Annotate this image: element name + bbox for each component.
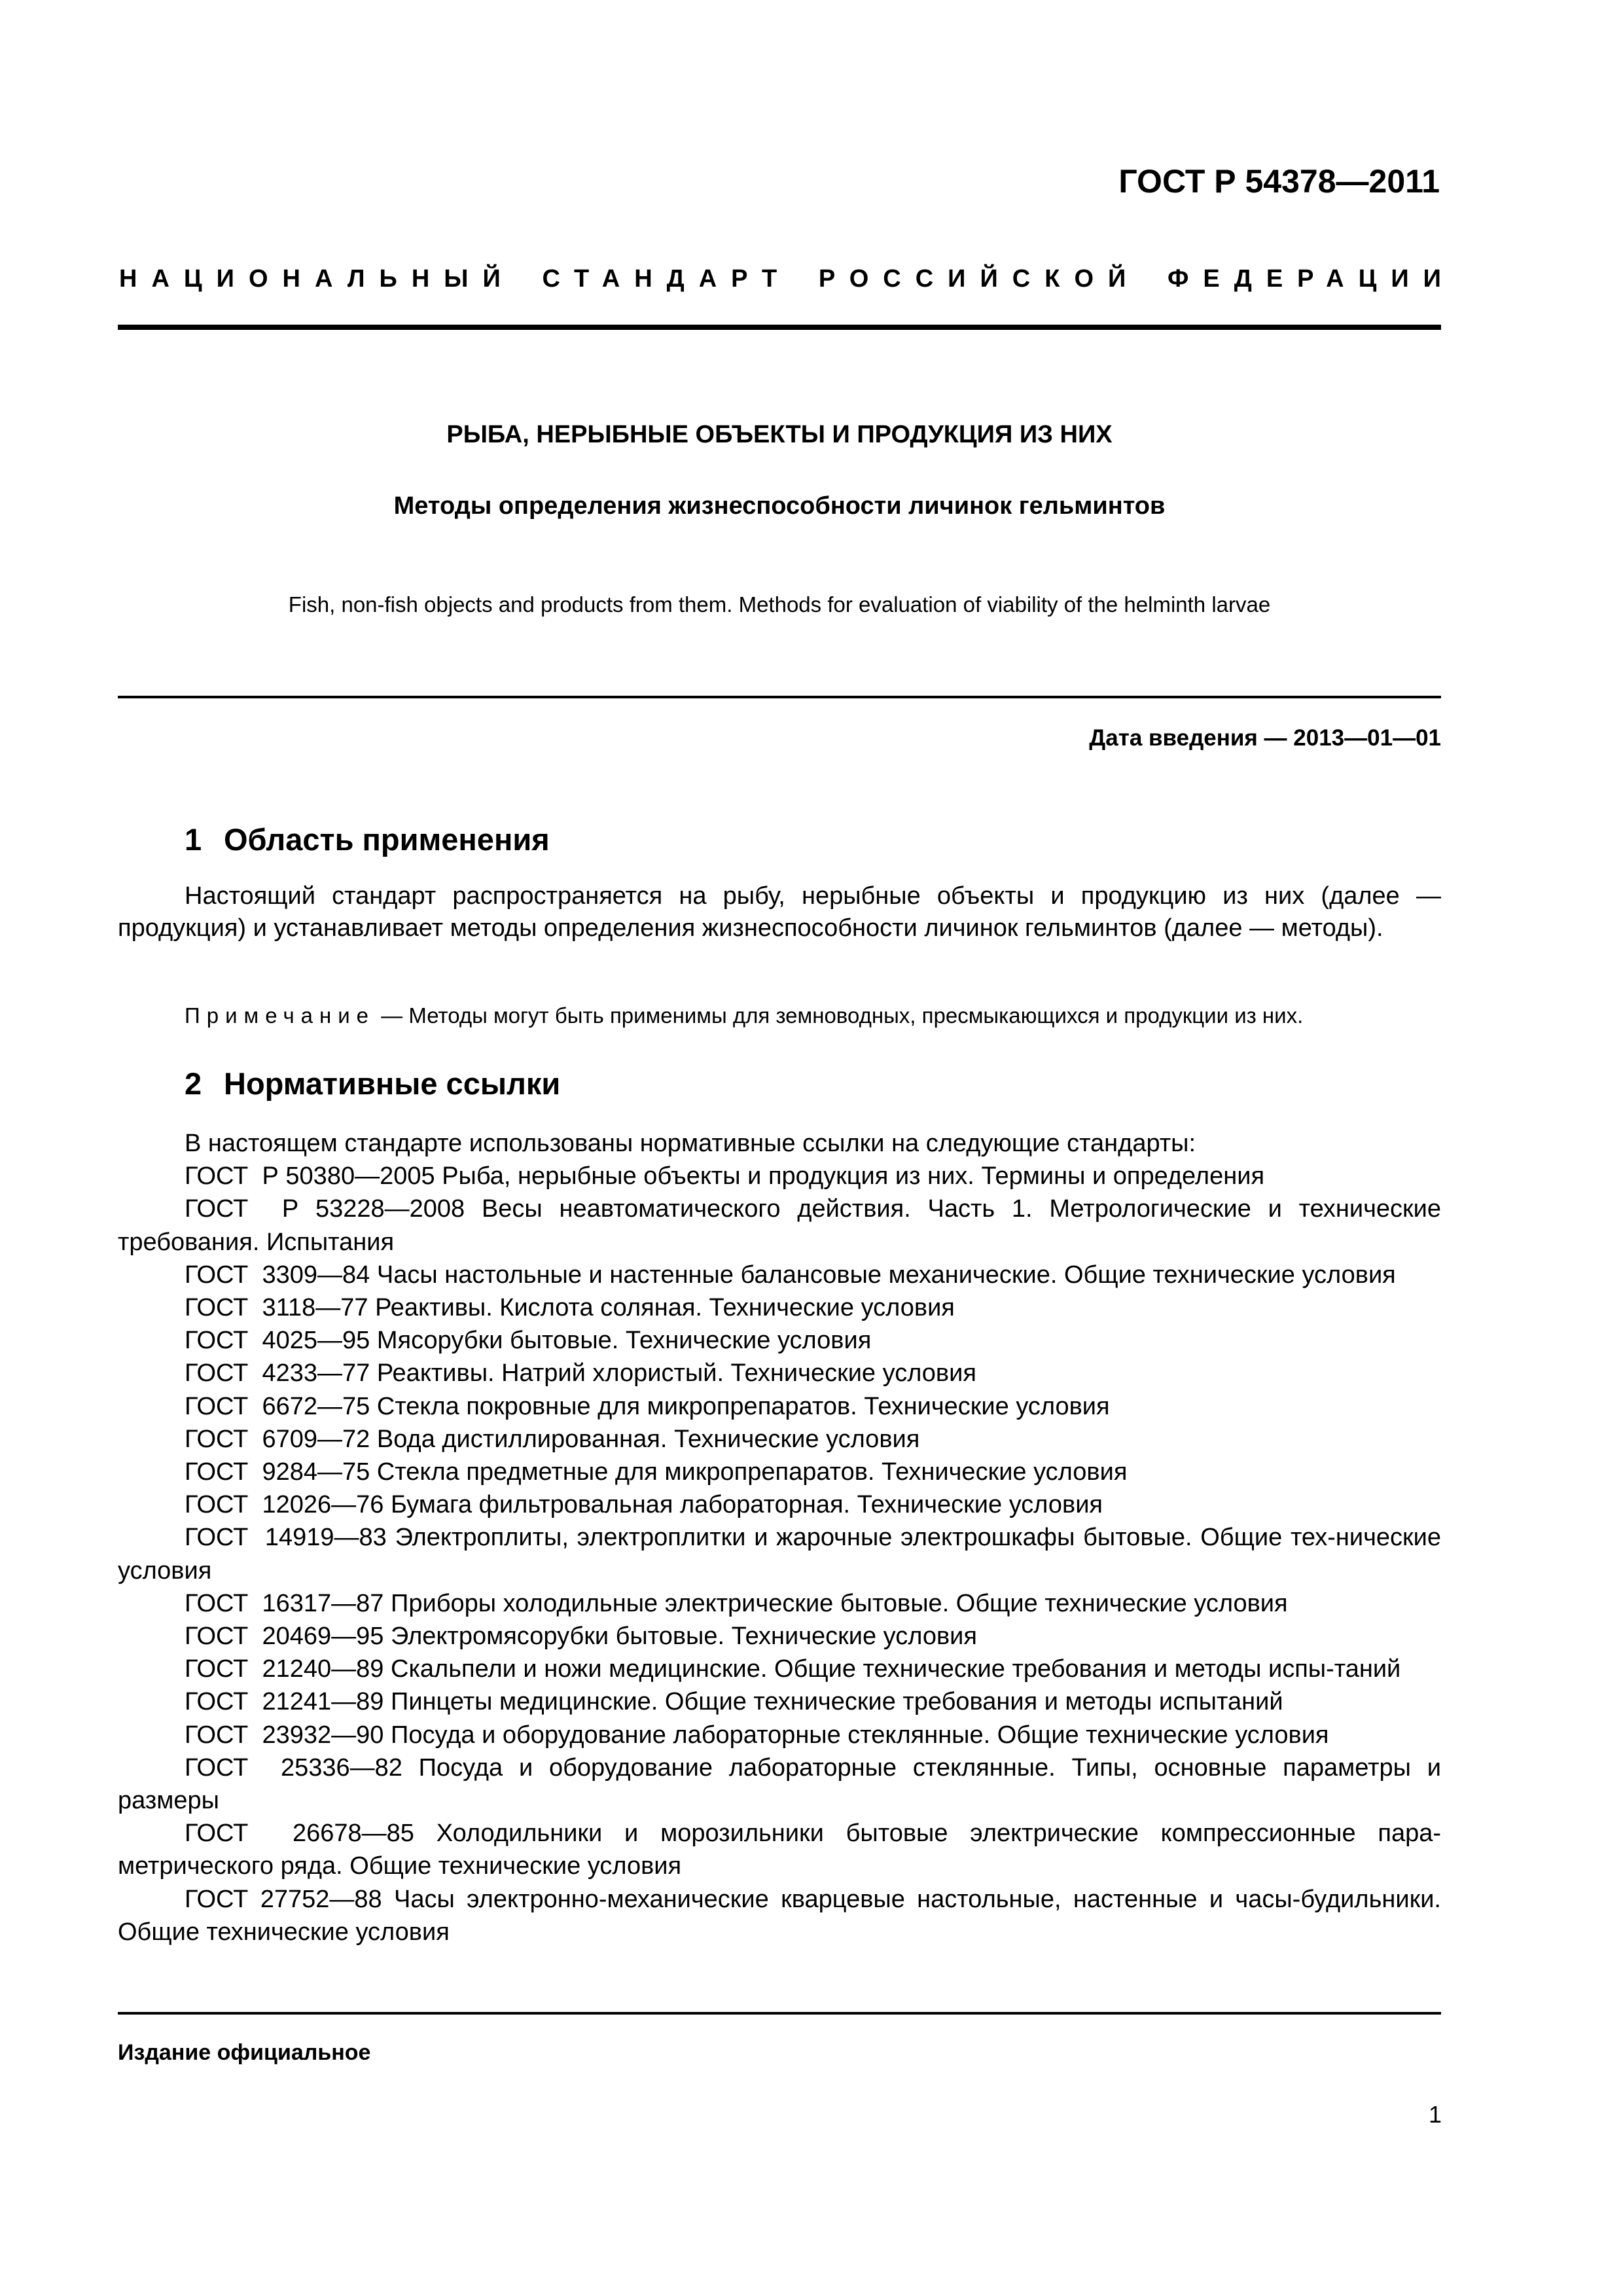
scope-paragraph: Настоящий стандарт распространяется на р…	[118, 880, 1441, 944]
reference-code: ГОСТ 23932—90	[185, 1721, 383, 1749]
reference-title: Приборы холодильные электрические бытовы…	[391, 1590, 1288, 1617]
reference-title: Стекла предметные для микропрепаратов. Т…	[377, 1458, 1128, 1486]
document-title: РЫБА, НЕРЫБНЫЕ ОБЪЕКТЫ И ПРОДУКЦИЯ ИЗ НИ…	[118, 421, 1441, 449]
reference-code: ГОСТ 21240—89	[185, 1655, 383, 1683]
reference-title: Вода дистиллированная. Технические услов…	[377, 1426, 919, 1453]
reference-code: ГОСТ 4025—95	[185, 1327, 370, 1354]
reference-item: ГОСТ 26678—85 Холодильники и морозильник…	[118, 1817, 1441, 1882]
reference-title: Реактивы. Кислота соляная. Технические у…	[375, 1294, 955, 1321]
section-title: Нормативные ссылки	[224, 1066, 560, 1101]
note: Примечание — Методы могут быть применимы…	[185, 1003, 1441, 1028]
reference-item: ГОСТ 23932—90 Посуда и оборудование лабо…	[118, 1719, 1441, 1751]
footer-divider	[118, 2012, 1441, 2015]
reference-code: ГОСТ Р 50380—2005	[185, 1162, 435, 1190]
reference-code: ГОСТ 20469—95	[185, 1623, 383, 1650]
reference-code: ГОСТ 6709—72	[185, 1426, 370, 1453]
section-2-heading: 2Нормативные ссылки	[185, 1066, 560, 1102]
reference-title: Часы настольные и настенные балансовые м…	[377, 1261, 1396, 1289]
reference-code: ГОСТ 21241—89	[185, 1688, 383, 1715]
reference-item: ГОСТ 12026—76 Бумага фильтровальная лабо…	[118, 1488, 1441, 1521]
reference-title: Стекла покровные для микропрепаратов. Те…	[377, 1393, 1110, 1420]
note-text: — Методы могут быть применимы для земнов…	[375, 1003, 1303, 1028]
english-title: Fish, non-fish objects and products from…	[118, 592, 1441, 617]
official-edition-label: Издание официальное	[118, 2040, 370, 2066]
reference-list: ГОСТ Р 50380—2005 Рыба, нерыбные объекты…	[118, 1160, 1441, 1948]
reference-code: ГОСТ 6672—75	[185, 1393, 370, 1420]
reference-item: ГОСТ Р 53228—2008 Весы неавтоматического…	[118, 1193, 1441, 1258]
introduction-date: Дата введения — 2013—01—01	[1089, 725, 1441, 751]
reference-title: Электромясорубки бытовые. Технические ус…	[391, 1623, 977, 1650]
reference-item: ГОСТ 20469—95 Электромясорубки бытовые. …	[118, 1620, 1441, 1653]
reference-code: ГОСТ 3118—77	[185, 1294, 368, 1321]
reference-title: Пинцеты медицинские. Общие технические т…	[391, 1688, 1283, 1715]
reference-title: Рыба, нерыбные объекты и продукция из ни…	[442, 1162, 1264, 1190]
document-code: ГОСТ Р 54378—2011	[1118, 162, 1440, 200]
reference-item: ГОСТ 4233—77 Реактивы. Натрий хлористый.…	[118, 1357, 1441, 1390]
title-divider	[118, 696, 1441, 698]
reference-item: ГОСТ 3309—84 Часы настольные и настенные…	[118, 1259, 1441, 1291]
reference-item: ГОСТ 21240—89 Скальпели и ножи медицинск…	[118, 1653, 1441, 1685]
reference-item: ГОСТ 9284—75 Стекла предметные для микро…	[118, 1456, 1441, 1488]
section-1-body: Настоящий стандарт распространяется на р…	[118, 880, 1441, 944]
section-title: Область применения	[224, 822, 550, 857]
reference-item: ГОСТ 6709—72 Вода дистиллированная. Техн…	[118, 1423, 1441, 1456]
reference-item: ГОСТ 4025—95 Мясорубки бытовые. Техничес…	[118, 1324, 1441, 1357]
reference-code: ГОСТ 25336—82	[185, 1754, 402, 1782]
reference-item: ГОСТ 21241—89 Пинцеты медицинские. Общие…	[118, 1685, 1441, 1718]
national-standard-banner: НАЦИОНАЛЬНЫЙ СТАНДАРТ РОССИЙСКОЙ ФЕДЕРАЦ…	[119, 265, 1441, 293]
header-divider	[118, 325, 1441, 330]
banner-word: СТАНДАРТ	[542, 265, 791, 293]
banner-word: ФЕДЕРАЦИИ	[1168, 265, 1455, 293]
banner-word: РОССИЙСКОЙ	[819, 265, 1140, 293]
reference-code: ГОСТ Р 53228—2008	[185, 1195, 465, 1223]
reference-title: Бумага фильтровальная лабораторная. Техн…	[391, 1491, 1103, 1518]
reference-title: Посуда и оборудование лабораторные стекл…	[391, 1721, 1329, 1749]
reference-item: ГОСТ Р 50380—2005 Рыба, нерыбные объекты…	[118, 1160, 1441, 1193]
reference-title: Скальпели и ножи медицинские. Общие техн…	[391, 1655, 1400, 1683]
document-page: ГОСТ Р 54378—2011 НАЦИОНАЛЬНЫЙ СТАНДАРТ …	[0, 0, 1623, 2296]
banner-word: НАЦИОНАЛЬНЫЙ	[119, 265, 515, 293]
reference-item: ГОСТ 16317—87 Приборы холодильные электр…	[118, 1587, 1441, 1620]
note-label: Примечание	[185, 1003, 375, 1028]
reference-code: ГОСТ 27752—88	[185, 1886, 382, 1913]
reference-item: ГОСТ 25336—82 Посуда и оборудование лабо…	[118, 1751, 1441, 1817]
reference-code: ГОСТ 14919—83	[185, 1524, 387, 1551]
references-intro: В настоящем стандарте использованы норма…	[118, 1127, 1441, 1160]
reference-code: ГОСТ 3309—84	[185, 1261, 370, 1289]
reference-title: Реактивы. Натрий хлористый. Технические …	[377, 1359, 976, 1387]
reference-code: ГОСТ 12026—76	[185, 1491, 383, 1518]
reference-code: ГОСТ 4233—77	[185, 1359, 370, 1387]
reference-item: ГОСТ 14919—83 Электроплиты, электроплитк…	[118, 1521, 1441, 1587]
reference-code: ГОСТ 9284—75	[185, 1458, 370, 1486]
reference-code: ГОСТ 16317—87	[185, 1590, 383, 1617]
section-number: 2	[185, 1066, 224, 1102]
section-number: 1	[185, 821, 224, 857]
page-number: 1	[1429, 2101, 1442, 2128]
reference-code: ГОСТ 26678—85	[185, 1820, 414, 1847]
normative-references: В настоящем стандарте использованы норма…	[118, 1127, 1441, 1948]
reference-title: Мясорубки бытовые. Технические условия	[377, 1327, 871, 1354]
reference-item: ГОСТ 3118—77 Реактивы. Кислота соляная. …	[118, 1291, 1441, 1324]
reference-item: ГОСТ 27752—88 Часы электронно-механическ…	[118, 1883, 1441, 1948]
reference-item: ГОСТ 6672—75 Стекла покровные для микроп…	[118, 1390, 1441, 1423]
document-subtitle: Методы определения жизнеспособности личи…	[118, 492, 1441, 520]
section-1-heading: 1Область применения	[185, 821, 550, 857]
